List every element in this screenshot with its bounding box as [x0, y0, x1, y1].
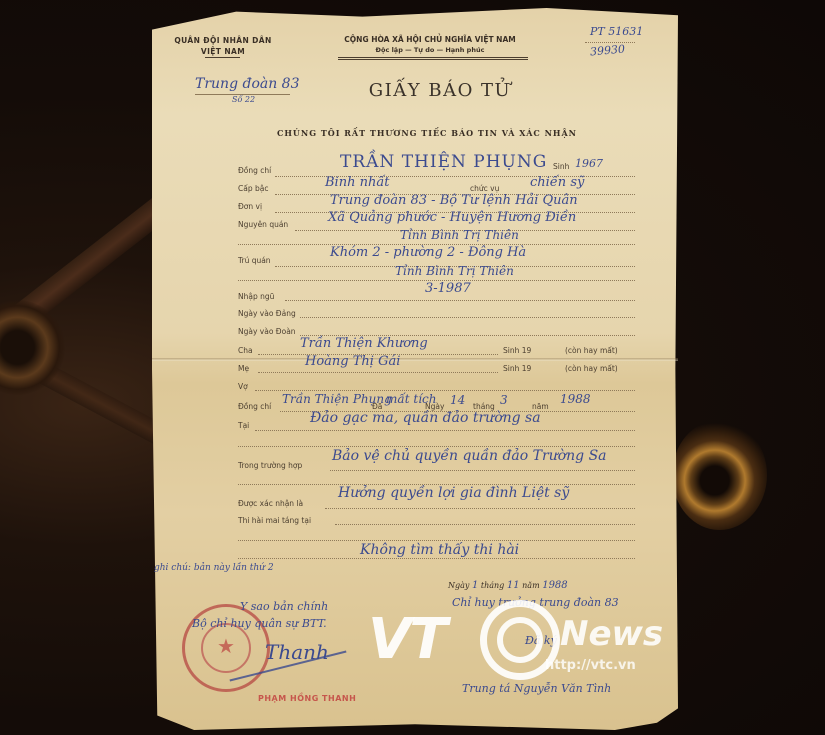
watermark-url: http://vtc.vn [545, 658, 636, 673]
value-mother: Hoàng Thị Gái [305, 354, 400, 369]
value-burial-place: Không tìm thấy thi hài [360, 542, 519, 558]
label-me: Mẹ [238, 364, 249, 373]
label-chuc-vu: chức vụ [470, 184, 499, 193]
label-vo: Vợ [238, 382, 248, 391]
stamp-inner-ring: ★ [201, 623, 251, 673]
background-flower-ornament [672, 420, 767, 530]
date-month: 11 [507, 580, 520, 591]
document-title: GIẤY BÁO TỬ [330, 80, 550, 101]
footer-note: ghi chú: bản này lần thứ 2 [154, 563, 274, 573]
org-left: QUÂN ĐỘI NHÂN DÂN VIỆT NAM [168, 35, 278, 57]
label-cap-bac: Cấp bậc [238, 184, 268, 193]
star-icon: ★ [217, 634, 235, 658]
footer-date: Ngày 1 tháng 11 năm 1988 [448, 580, 568, 591]
stamp-name: PHẠM HỒNG THANH [258, 694, 356, 703]
label-ngay-vao-doan: Ngày vào Đoàn [238, 327, 296, 336]
value-unit: Trung đoàn 83 - Bộ Tư lệnh Hải Quân [330, 193, 578, 208]
date-day: 1 [472, 580, 478, 591]
label-tru-quan: Trú quán [238, 256, 271, 265]
value-enlist-date: 3-1987 [425, 281, 471, 296]
label-don-vi: Đơn vị [238, 202, 262, 211]
value-death-day: 14 [450, 393, 465, 407]
value-rank: Binh nhất [325, 175, 390, 190]
label-death-dong-chi: Đồng chí [238, 402, 271, 411]
org-left-line1: QUÂN ĐỘI NHÂN DÂN [168, 35, 278, 46]
label-mother-born: Sinh 19 [503, 364, 531, 373]
value-hometown-line2: Tỉnh Bình Trị Thiên [400, 228, 519, 242]
date-month-label: tháng [481, 581, 504, 590]
watermark-inner-ring-icon [497, 617, 543, 663]
watermark-news: News [560, 614, 663, 654]
label-father-status: (còn hay mất) [565, 346, 618, 355]
value-birth-year: 1967 [575, 157, 603, 170]
label-duoc-xac-nhan: Được xác nhận là [238, 499, 303, 508]
national-motto: Độc lập — Tự do — Hạnh phúc [330, 46, 530, 54]
date-prefix: Ngày [448, 581, 469, 590]
value-residence-line2: Tỉnh Bình Trị Thiên [395, 264, 514, 278]
document-subtitle: CHÚNG TÔI RẤT THƯƠNG TIẾC BÁO TIN VÀ XÁC… [262, 128, 592, 138]
paper-fold-crease [152, 358, 678, 361]
value-death-year: 1988 [560, 392, 591, 406]
label-thi-hai: Thi hài mai táng tại [238, 516, 311, 525]
value-position: chiến sỹ [530, 175, 584, 190]
header-rule [338, 57, 528, 60]
label-nhap-ngu: Nhập ngũ [238, 292, 274, 301]
ref-number-1: PT 51631 [590, 25, 643, 38]
label-ngay-vao-dang: Ngày vào Đảng [238, 309, 296, 318]
value-hometown-line1: Xã Quảng phước - Huyện Hương Điền [328, 210, 576, 225]
value-residence-line1: Khóm 2 - phường 2 - Đông Hà [330, 245, 526, 260]
copy-line1: Y sao bản chính [240, 600, 328, 613]
label-father-born: Sinh 19 [503, 346, 531, 355]
label-nguyen-quan: Nguyên quán [238, 220, 288, 229]
date-year: 1988 [542, 580, 567, 591]
org-left-line2: VIỆT NAM [168, 46, 278, 57]
country-name: CỘNG HÒA XÃ HỘI CHỦ NGHĨA VIỆT NAM [330, 35, 530, 44]
value-circumstance: Bảo vệ chủ quyền quần đảo Trường Sa [332, 448, 607, 464]
value-recognized-as: Hưởng quyền lợi gia đình Liệt sỹ [338, 485, 569, 501]
doc-number: Số 22 [232, 95, 255, 104]
value-death-place: Đảo gạc ma, quần đảo trường sa [310, 410, 541, 426]
label-dong-chi: Đồng chí [238, 166, 271, 175]
value-father: Trần Thiện Khương [300, 336, 428, 351]
value-full-name: TRẦN THIỆN PHỤNG [340, 152, 547, 172]
signature: Thanh [265, 640, 329, 664]
signer-name: Trung tá Nguyễn Văn Tình [462, 682, 611, 695]
label-tai: Tại [238, 421, 249, 430]
copy-line2: Bộ chỉ huy quân sự BTT. [192, 617, 327, 630]
unit-handwritten: Trung đoàn 83 [195, 76, 300, 92]
date-year-label: năm [522, 581, 540, 590]
label-trong-truong-hop: Trong trường hợp [238, 461, 302, 470]
label-cha: Cha [238, 346, 253, 355]
watermark-vt: VT [368, 610, 446, 670]
org-left-rule [205, 57, 240, 58]
label-sinh: Sinh [553, 162, 569, 171]
value-death-month: 3 [500, 393, 508, 407]
label-mother-status: (còn hay mất) [565, 364, 618, 373]
